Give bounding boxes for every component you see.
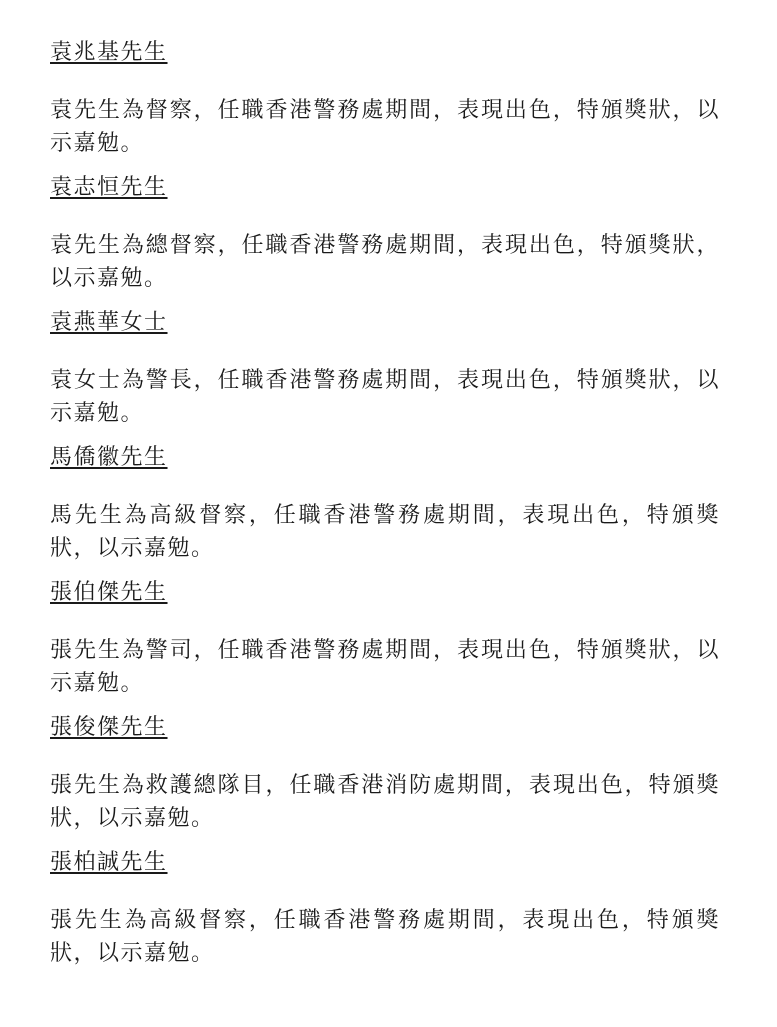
citation-text: 張先生為高級督察，任職香港警務處期間，表現出色，特頒獎狀，以示嘉勉。 xyxy=(50,903,720,969)
citation-text: 張先生為救護總隊目，任職香港消防處期間，表現出色，特頒獎狀，以示嘉勉。 xyxy=(50,768,720,834)
commendation-entry: 張柏誠先生 張先生為高級督察，任職香港警務處期間，表現出色，特頒獎狀，以示嘉勉。 xyxy=(50,850,720,969)
citation-text: 袁先生為總督察，任職香港警務處期間，表現出色，特頒獎狀，以示嘉勉。 xyxy=(50,228,720,294)
commendation-entry: 張伯傑先生 張先生為警司，任職香港警務處期間，表現出色，特頒獎狀，以示嘉勉。 xyxy=(50,580,720,699)
citation-text: 袁女士為警長，任職香港警務處期間，表現出色，特頒獎狀，以示嘉勉。 xyxy=(50,363,720,429)
recipient-name: 張俊傑先生 xyxy=(50,715,720,739)
commendation-entry: 袁兆基先生 袁先生為督察，任職香港警務處期間，表現出色，特頒獎狀，以示嘉勉。 xyxy=(50,40,720,159)
commendation-entry: 馬僑徽先生 馬先生為高級督察，任職香港警務處期間，表現出色，特頒獎狀，以示嘉勉。 xyxy=(50,445,720,564)
commendation-entry: 袁志恒先生 袁先生為總督察，任職香港警務處期間，表現出色，特頒獎狀，以示嘉勉。 xyxy=(50,175,720,294)
recipient-name: 張伯傑先生 xyxy=(50,580,720,604)
commendation-entry: 袁燕華女士 袁女士為警長，任職香港警務處期間，表現出色，特頒獎狀，以示嘉勉。 xyxy=(50,310,720,429)
citation-text: 袁先生為督察，任職香港警務處期間，表現出色，特頒獎狀，以示嘉勉。 xyxy=(50,93,720,159)
recipient-name: 馬僑徽先生 xyxy=(50,445,720,469)
recipient-name: 袁兆基先生 xyxy=(50,40,720,64)
recipient-name: 袁志恒先生 xyxy=(50,175,720,199)
commendation-document-page: 袁兆基先生 袁先生為督察，任職香港警務處期間，表現出色，特頒獎狀，以示嘉勉。 袁… xyxy=(0,0,777,969)
recipient-name: 張柏誠先生 xyxy=(50,850,720,874)
citation-text: 張先生為警司，任職香港警務處期間，表現出色，特頒獎狀，以示嘉勉。 xyxy=(50,633,720,699)
citation-text: 馬先生為高級督察，任職香港警務處期間，表現出色，特頒獎狀，以示嘉勉。 xyxy=(50,498,720,564)
commendation-entry: 張俊傑先生 張先生為救護總隊目，任職香港消防處期間，表現出色，特頒獎狀，以示嘉勉… xyxy=(50,715,720,834)
recipient-name: 袁燕華女士 xyxy=(50,310,720,334)
